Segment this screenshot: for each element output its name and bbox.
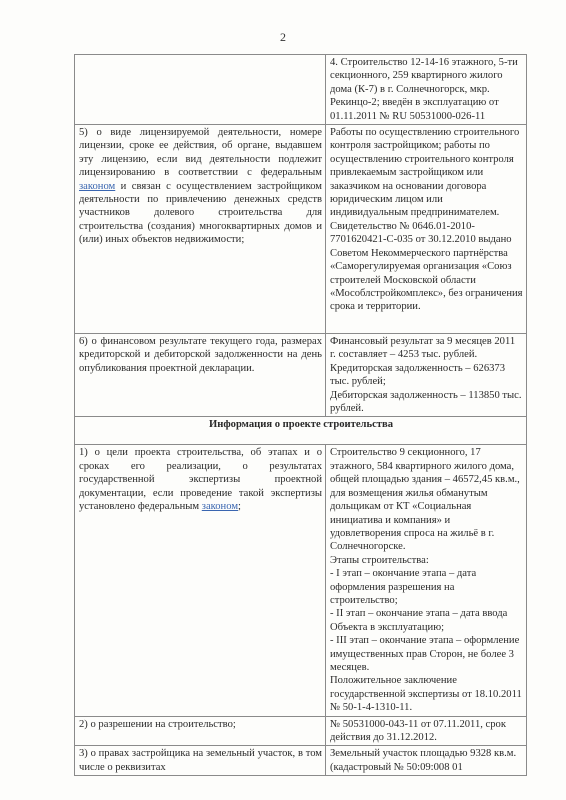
value-paragraph: Этапы строительства:: [330, 554, 523, 567]
page-number: 2: [0, 30, 566, 45]
row-label-cell: 6) о финансовом результате текущего года…: [75, 334, 326, 417]
row-value-cell: Работы по осуществлению строительного ко…: [326, 125, 527, 334]
value-paragraph: Свидетельство № 0646.01-2010-7701620421-…: [330, 220, 523, 314]
value-paragraph: Дебиторская задолженность – 113850 тыс. …: [330, 389, 523, 416]
value-paragraph: Строительство 9 секционного, 17 этажного…: [330, 446, 523, 553]
value-paragraph: - I этап – окончание этапа – дата оформл…: [330, 567, 523, 607]
value-paragraph: - II этап – окончание этапа – дата ввода…: [330, 607, 523, 634]
label-text: и связан с осуществлением застройщиком д…: [79, 181, 322, 246]
table-row: 3) о правах застройщика на земельный уча…: [75, 746, 527, 776]
value-paragraph: - III этап – окончание этапа – оформлени…: [330, 634, 523, 674]
federal-law-link[interactable]: законом: [79, 181, 115, 192]
table-row: 1) о цели проекта строительства, об этап…: [75, 445, 527, 716]
row-label-cell: 3) о правах застройщика на земельный уча…: [75, 746, 326, 776]
value-paragraph: Кредиторская задолженность – 626373 тыс.…: [330, 362, 523, 389]
federal-law-link[interactable]: законом: [202, 501, 238, 512]
table-row: 6) о финансовом результате текущего года…: [75, 334, 527, 417]
row-value-cell: Земельный участок площадью 9328 кв.м. (к…: [326, 746, 527, 776]
table-row: 4. Строительство 12-14-16 этажного, 5-ти…: [75, 55, 527, 125]
table-row: 2) о разрешении на строительство; № 5053…: [75, 716, 527, 746]
row-value-cell: Финансовый результат за 9 месяцев 2011 г…: [326, 334, 527, 417]
label-text: 5) о виде лицензируемой деятельности, но…: [79, 127, 322, 178]
declaration-table: 4. Строительство 12-14-16 этажного, 5-ти…: [74, 54, 527, 776]
section-header: Информация о проекте строительства: [75, 417, 527, 445]
row-label-cell: 5) о виде лицензируемой деятельности, но…: [75, 125, 326, 334]
label-text: ;: [238, 501, 241, 512]
row-value-cell: Строительство 9 секционного, 17 этажного…: [326, 445, 527, 716]
value-paragraph: Работы по осуществлению строительного ко…: [330, 126, 523, 220]
row-value-cell: № 50531000-043-11 от 07.11.2011, срок де…: [326, 716, 527, 746]
value-paragraph: Финансовый результат за 9 месяцев 2011 г…: [330, 335, 523, 362]
row-label-cell: 2) о разрешении на строительство;: [75, 716, 326, 746]
value-paragraph: Положительное заключение государственной…: [330, 674, 523, 714]
row-label-cell: 1) о цели проекта строительства, об этап…: [75, 445, 326, 716]
row-label-cell: [75, 55, 326, 125]
label-text: 1) о цели проекта строительства, об этап…: [79, 447, 322, 512]
table-row: 5) о виде лицензируемой деятельности, но…: [75, 125, 527, 334]
row-value-cell: 4. Строительство 12-14-16 этажного, 5-ти…: [326, 55, 527, 125]
section-header-row: Информация о проекте строительства: [75, 417, 527, 445]
